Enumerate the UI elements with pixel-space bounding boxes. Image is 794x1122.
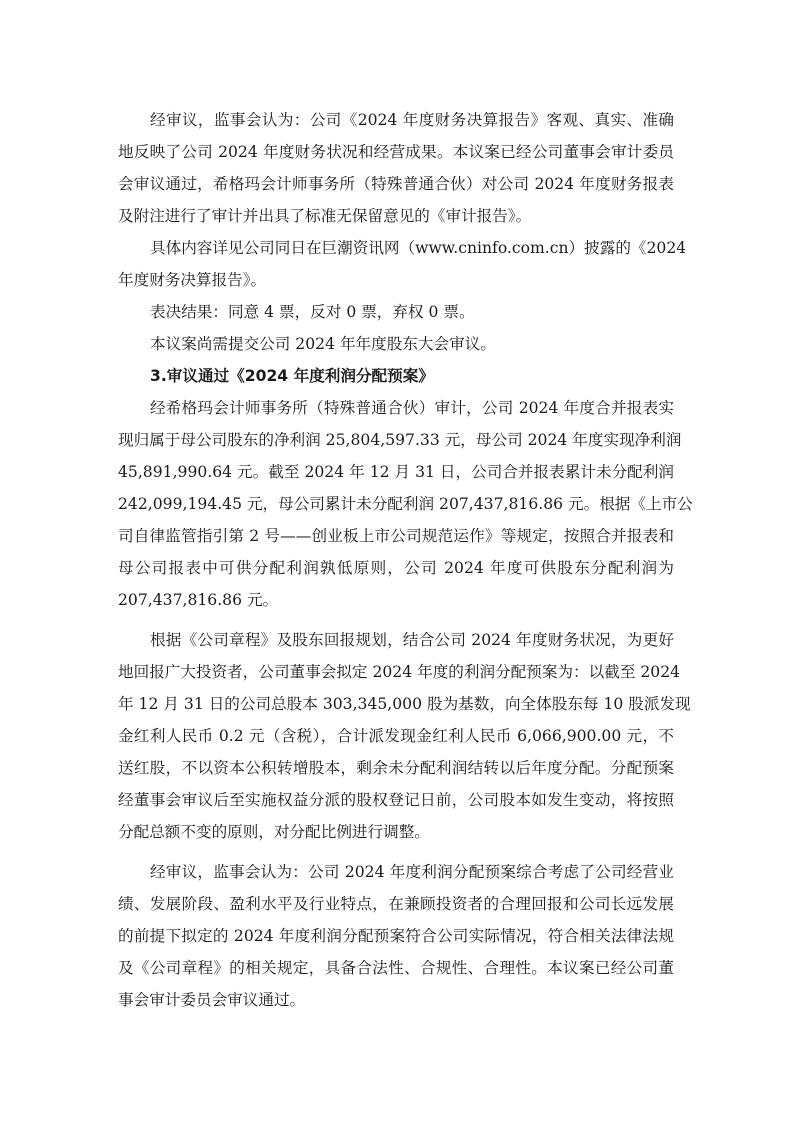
section-heading: 3.审议通过《2024 年度利润分配预案》 [150,366,674,386]
text-line: 分配总额不变的原则，对分配比例进行调整。 [118,822,674,842]
document-page: 经审议，监事会认为：公司《2024 年度财务决算报告》客观、真实、准确 地反映了… [0,0,794,1122]
text-line: 会审议通过，希格玛会计师事务所（特殊普通合伙）对公司 2024 年度财务报表 [118,174,674,194]
text-line: 及《公司章程》的相关规定，具备合法性、合规性、合理性。本议案已经公司董 [118,958,674,978]
text-line: 事会审计委员会审议通过。 [118,990,674,1010]
text-line: 经审议，监事会认为：公司 2024 年度利润分配预案综合考虑了公司经营业 [150,862,674,882]
text-line: 根据《公司章程》及股东回报规划，结合公司 2024 年度财务状况，为更好 [150,630,674,650]
text-line: 送红股，不以资本公积转增股本，剩余未分配利润结转以后年度分配。分配预案 [118,758,674,778]
text-line: 及附注进行了审计并出具了标准无保留意见的《审计报告》。 [118,206,674,226]
text-line: 经审议，监事会认为：公司《2024 年度财务决算报告》客观、真实、准确 [150,110,674,130]
vote-result: 表决结果：同意 4 票，反对 0 票，弃权 0 票。 [150,302,674,322]
text-line: 具体内容详见公司同日在巨潮资讯网（www.cninfo.com.cn）披露的《2… [150,238,674,258]
text-line: 经希格玛会计师事务所（特殊普通合伙）审计，公司 2024 年度合并报表实 [150,398,674,418]
text-line: 司自律监管指引第 2 号——创业板上市公司规范运作》等规定，按照合并报表和 [118,526,674,546]
text-line: 207,437,816.86 元。 [118,590,674,610]
text-line: 年度财务决算报告》。 [118,270,674,290]
shareholder-meeting-note: 本议案尚需提交公司 2024 年年度股东大会审议。 [150,334,674,354]
text-line: 242,099,194.45 元，母公司累计未分配利润 207,437,816.… [118,494,674,514]
text-line: 现归属于母公司股东的净利润 25,804,597.33 元，母公司 2024 年… [118,430,674,450]
text-line: 经董事会审议后至实施权益分派的股权登记日前，公司股本如发生变动，将按照 [118,790,674,810]
text-line: 绩、发展阶段、盈利水平及行业特点，在兼顾投资者的合理回报和公司长远发展 [118,894,674,914]
text-line: 45,891,990.64 元。截至 2024 年 12 月 31 日，公司合并… [118,462,674,482]
text-line: 金红利人民币 0.2 元（含税），合计派发现金红利人民币 6,066,900.0… [118,726,674,746]
text-line: 年 12 月 31 日的公司总股本 303,345,000 股为基数，向全体股东… [118,694,674,714]
text-line: 地回报广大投资者，公司董事会拟定 2024 年度的利润分配预案为：以截至 202… [118,662,674,682]
text-line: 母公司报表中可供分配利润孰低原则，公司 2024 年度可供股东分配利润为 [118,558,674,578]
text-line: 地反映了公司 2024 年度财务状况和经营成果。本议案已经公司董事会审计委员 [118,142,674,162]
text-line: 的前提下拟定的 2024 年度利润分配预案符合公司实际情况，符合相关法律法规 [118,926,674,946]
